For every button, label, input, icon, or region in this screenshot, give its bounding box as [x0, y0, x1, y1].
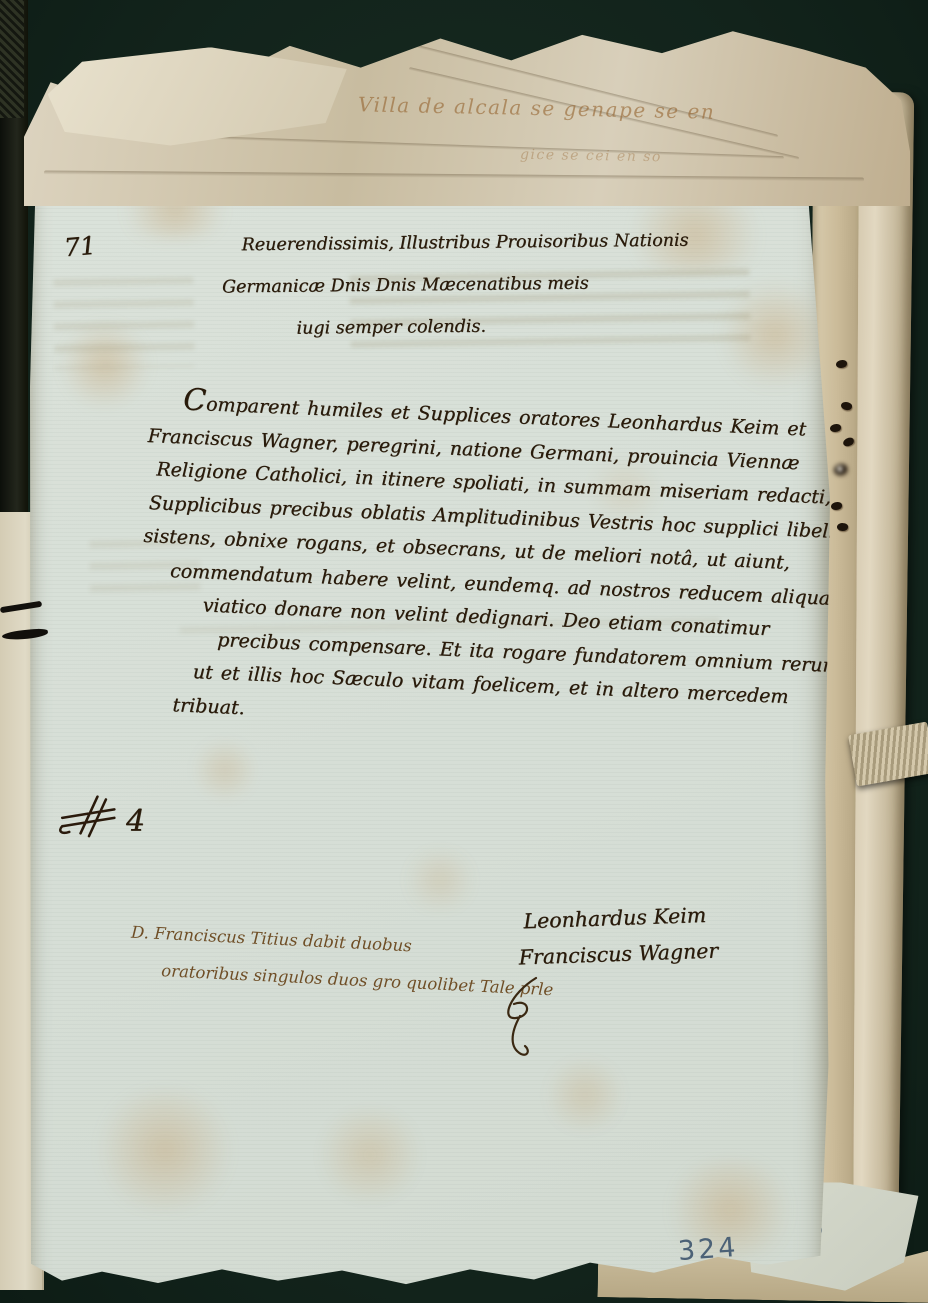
- letter-body: Comparent humiles et Supplices oratores …: [136, 382, 851, 750]
- manuscript-page: 71 Reuerendissimis, Illustribus Prouisor…: [30, 160, 830, 1292]
- letter-heading: Reuerendissimis, Illustribus Prouisoribu…: [221, 220, 689, 351]
- foxing-stain: [90, 1090, 240, 1210]
- heading-line: Germanicæ Dnis Dnis Mæcenatibus meis: [222, 262, 689, 309]
- folio-number: 71: [63, 231, 97, 263]
- faded-header-text-2: gice se cei en so: [520, 147, 662, 165]
- ink-bleedthrough: [53, 277, 195, 369]
- signatures: Leonhardus Keim Franciscus Wagner: [517, 897, 719, 976]
- foxing-stain: [400, 850, 480, 910]
- paper-crease: [44, 170, 864, 181]
- foxing-stain: [310, 1110, 430, 1200]
- binding-weave-texture: [0, 0, 24, 118]
- hash-mark-icon: [58, 786, 120, 844]
- paper-crease: [370, 33, 778, 138]
- heading-line: Reuerendissimis, Illustribus Prouisoribu…: [241, 220, 688, 267]
- foxing-stain: [540, 1060, 630, 1130]
- heading-line: iugi semper colendis.: [296, 304, 689, 350]
- signature-name: Franciscus Wagner: [518, 933, 719, 976]
- foxing-stain: [190, 740, 260, 800]
- signature-flourish: [490, 972, 550, 1062]
- manuscript-photo: Villa de alcala se genape se en gice se …: [0, 0, 928, 1303]
- margin-number: 4: [126, 804, 145, 839]
